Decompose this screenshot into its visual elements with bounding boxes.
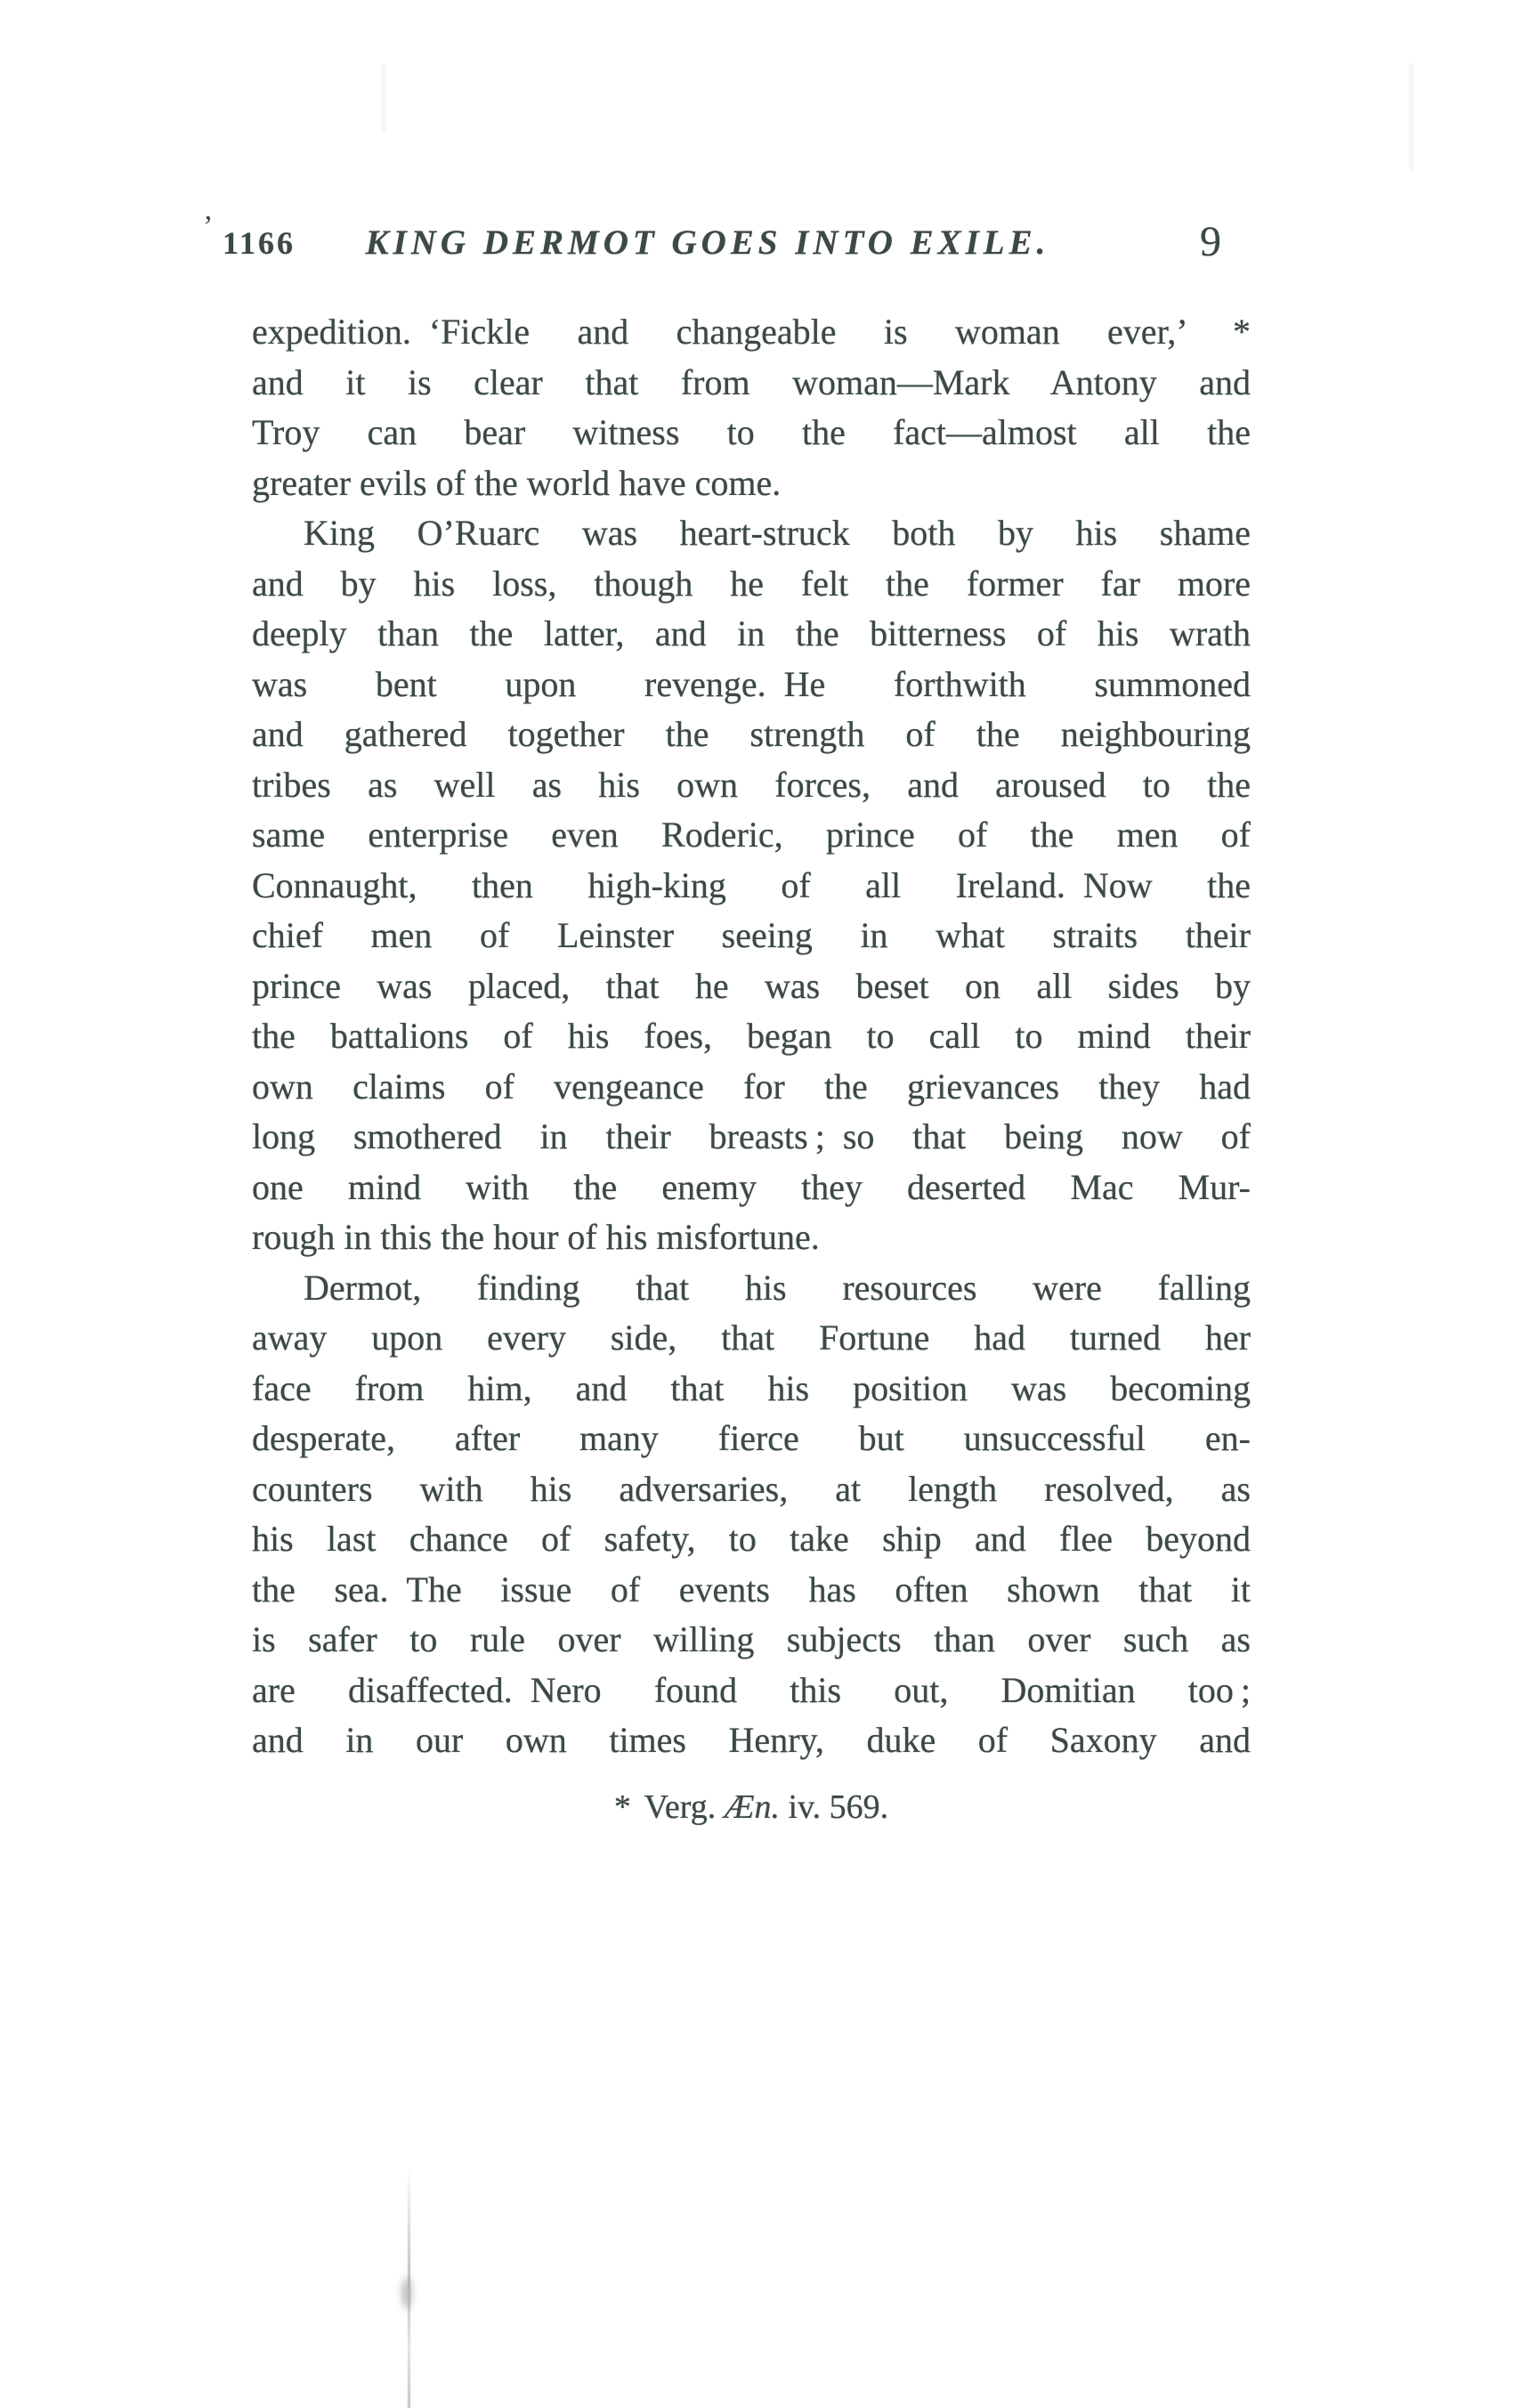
footnote-reference: iv. 569. <box>789 1788 889 1826</box>
scan-streak-left <box>382 64 385 132</box>
text-line: long smothered in their breasts ; so tha… <box>252 1112 1251 1163</box>
text-line: prince was placed, that he was beset on … <box>252 961 1251 1012</box>
text-line: and it is clear that from woman—Mark Ant… <box>252 358 1251 409</box>
scan-smudge <box>401 2277 412 2309</box>
scan-streak-right <box>1409 64 1414 171</box>
footnote-work-title: Æn. <box>725 1788 780 1826</box>
text-line: the sea. The issue of events has often s… <box>252 1565 1251 1616</box>
stray-tick-mark: ’ <box>203 210 213 244</box>
footnote: * Verg. Æn. iv. 569. <box>252 1788 1251 1827</box>
text-line: own claims of vengeance for the grievanc… <box>252 1062 1251 1113</box>
header-year: 1166 <box>223 224 296 262</box>
body-text: expedition. ‘Fickle and changeable is wo… <box>252 307 1251 1766</box>
text-line: same enterprise even Roderic, prince of … <box>252 810 1251 861</box>
text-line: deeply than the latter, and in the bitte… <box>252 609 1251 660</box>
text-line: face from him, and that his position was… <box>252 1364 1251 1415</box>
text-line: his last chance of safety, to take ship … <box>252 1514 1251 1565</box>
footnote-asterisk-icon: * <box>614 1788 636 1826</box>
text-line: chief men of Leinster seeing in what str… <box>252 911 1251 961</box>
text-line: and in our own times Henry, duke of Saxo… <box>252 1715 1251 1766</box>
text-line: was bent upon revenge. He forthwith summ… <box>252 660 1251 710</box>
scanned-book-page: ’ 1166 KING DERMOT GOES INTO EXILE. 9 ex… <box>0 0 1531 2408</box>
text-line: King O’Ruarc was heart-struck both by hi… <box>252 508 1251 559</box>
page-number: 9 <box>1200 217 1221 266</box>
running-title: KING DERMOT GOES INTO EXILE. <box>320 223 1095 263</box>
text-line: one mind with the enemy they deserted Ma… <box>252 1163 1251 1213</box>
text-line: greater evils of the world have come. <box>252 458 1251 509</box>
text-line: are disaffected. Nero found this out, Do… <box>252 1666 1251 1716</box>
scan-fold-line <box>408 2168 410 2408</box>
text-line: and gathered together the strength of th… <box>252 709 1251 760</box>
text-line: and by his loss, though he felt the form… <box>252 559 1251 610</box>
footnote-source: Verg. <box>644 1788 717 1826</box>
text-line: away upon every side, that Fortune had t… <box>252 1313 1251 1364</box>
text-line: tribes as well as his own forces, and ar… <box>252 760 1251 811</box>
text-line: desperate, after many fierce but unsucce… <box>252 1414 1251 1464</box>
text-line: Connaught, then high-king of all Ireland… <box>252 861 1251 912</box>
text-line: rough in this the hour of his misfortune… <box>252 1212 1251 1263</box>
text-line: expedition. ‘Fickle and changeable is wo… <box>252 307 1251 358</box>
text-line: is safer to rule over willing subjects t… <box>252 1615 1251 1666</box>
text-line: Troy can bear witness to the fact—almost… <box>252 408 1251 458</box>
text-line: the battalions of his foes, began to cal… <box>252 1011 1251 1062</box>
text-line: counters with his adversaries, at length… <box>252 1464 1251 1515</box>
text-line: Dermot, finding that his resources were … <box>252 1263 1251 1314</box>
